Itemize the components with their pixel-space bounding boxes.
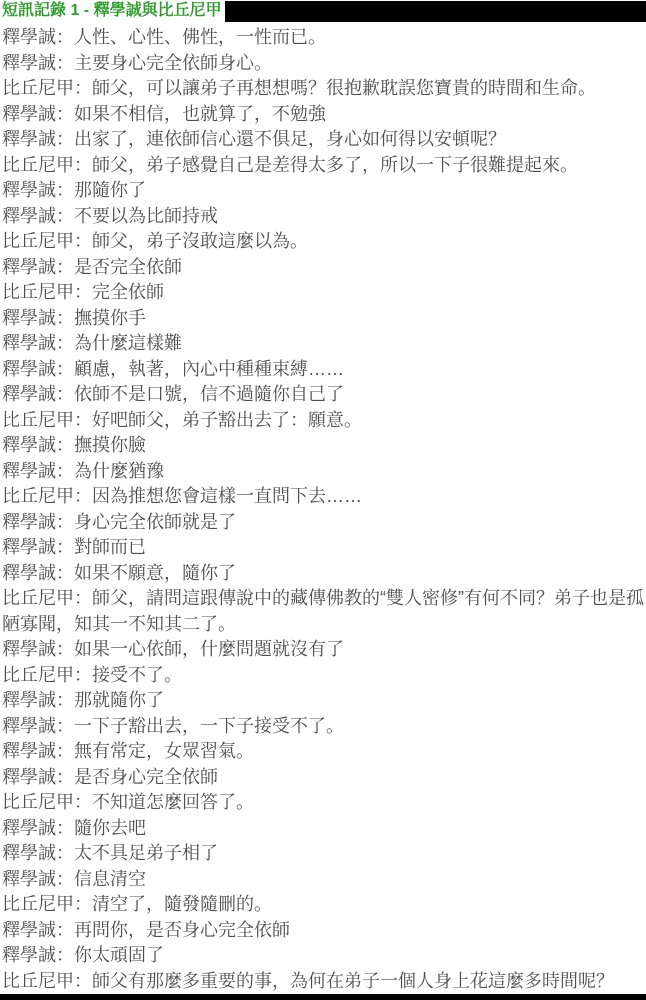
redaction-bar-bottom [0, 994, 646, 1000]
message-line: 比丘尼甲：師父，可以讓弟子再想想嗎？很抱歉耽誤您寶貴的時間和生命。 [2, 76, 646, 102]
speaker-name: 釋學誠： [2, 180, 74, 200]
speaker-name: 釋學誠： [2, 104, 74, 124]
message-text: 因為推想您會這樣一直問下去…… [92, 486, 362, 506]
message-line: 釋學誠：出家了，連依師信心還不俱足，身心如何得以安頓呢？ [2, 127, 646, 153]
message-line: 釋學誠：那隨你了 [2, 178, 646, 204]
message-text: 如果一心依師，什麼問題就沒有了 [74, 639, 344, 659]
message-text: 清空了，隨發隨刪的。 [92, 894, 272, 914]
speaker-name: 釋學誠： [2, 206, 74, 226]
message-line: 釋學誠：那就隨你了 [2, 688, 646, 714]
speaker-name: 釋學誠： [2, 129, 74, 149]
speaker-name: 釋學誠： [2, 27, 74, 47]
message-line: 比丘尼甲：師父，弟子沒敢這麼以為。 [2, 229, 646, 255]
message-line: 釋學誠：如果不相信，也就算了，不勉強 [2, 102, 646, 128]
message-line: 比丘尼甲：好吧師父，弟子豁出去了：願意。 [2, 408, 646, 434]
message-text: 接受不了。 [92, 665, 182, 685]
message-text: 為什麼猶豫 [74, 461, 164, 481]
message-text: 撫摸你手 [74, 308, 146, 328]
speaker-name: 比丘尼甲： [2, 78, 92, 98]
speaker-name: 釋學誠： [2, 512, 74, 532]
speaker-name: 釋學誠： [2, 384, 74, 404]
speaker-name: 比丘尼甲： [2, 971, 92, 991]
message-text: 好吧師父，弟子豁出去了：願意。 [92, 410, 362, 430]
speaker-name: 比丘尼甲： [2, 231, 92, 251]
message-text: 身心完全依師就是了 [74, 512, 236, 532]
speaker-name: 釋學誠： [2, 257, 74, 277]
header: 短訊記錄 1 - 釋學誠與比丘尼甲 [0, 0, 646, 23]
message-text: 信息清空 [74, 869, 146, 889]
speaker-name: 釋學誠： [2, 563, 74, 583]
speaker-name: 釋學誠： [2, 818, 74, 838]
message-line: 比丘尼甲：師父有那麼多重要的事，為何在弟子一個人身上花這麼多時間呢？ [2, 969, 646, 995]
message-text: 師父，弟子沒敢這麼以為。 [92, 231, 308, 251]
speaker-name: 釋學誠： [2, 537, 74, 557]
redaction-bar-top [225, 1, 646, 22]
message-line: 釋學誠：你太頑固了 [2, 943, 646, 969]
speaker-name: 釋學誠： [2, 690, 74, 710]
speaker-name: 比丘尼甲： [2, 410, 92, 430]
message-line: 釋學誠：為什麼猶豫 [2, 459, 646, 485]
message-line: 釋學誠：主要身心完全依師身心。 [2, 51, 646, 77]
message-text: 是否完全依師 [74, 257, 182, 277]
message-text: 出家了，連依師信心還不俱足，身心如何得以安頓呢？ [74, 129, 506, 149]
message-line: 釋學誠：不要以為比師持戒 [2, 204, 646, 230]
speaker-name: 釋學誠： [2, 716, 74, 736]
message-line: 釋學誠：人性、心性、佛性，一性而已。 [2, 25, 646, 51]
message-text: 不知道怎麼回答了。 [92, 792, 254, 812]
message-line: 釋學誠：為什麼這樣難 [2, 331, 646, 357]
message-line: 比丘尼甲：不知道怎麼回答了。 [2, 790, 646, 816]
speaker-name: 釋學誠： [2, 741, 74, 761]
message-line: 釋學誠：顧慮，執著，內心中種種束縛…… [2, 357, 646, 383]
speaker-name: 比丘尼甲： [2, 665, 92, 685]
speaker-name: 比丘尼甲： [2, 486, 92, 506]
speaker-name: 比丘尼甲： [2, 894, 92, 914]
message-line: 比丘尼甲：因為推想您會這樣一直問下去…… [2, 484, 646, 510]
message-line: 釋學誠：依師不是口號，信不過隨你自己了 [2, 382, 646, 408]
speaker-name: 釋學誠： [2, 359, 74, 379]
speaker-name: 釋學誠： [2, 869, 74, 889]
speaker-name: 釋學誠： [2, 461, 74, 481]
message-line: 釋學誠：隨你去吧 [2, 816, 646, 842]
speaker-name: 釋學誠： [2, 767, 74, 787]
speaker-name: 比丘尼甲： [2, 282, 92, 302]
message-line: 釋學誠：一下子豁出去，一下子接受不了。 [2, 714, 646, 740]
message-text: 完全依師 [92, 282, 164, 302]
message-line: 釋學誠：再問你，是否身心完全依師 [2, 918, 646, 944]
message-text: 那就隨你了 [74, 690, 164, 710]
speaker-name: 比丘尼甲： [2, 792, 92, 812]
message-text: 師父，請問這跟傳說中的藏傳佛教的“雙人密修”有何不同？弟子也是孤陋寡聞，知其一不… [2, 588, 644, 634]
speaker-name: 釋學誠： [2, 308, 74, 328]
message-line: 比丘尼甲：完全依師 [2, 280, 646, 306]
message-line: 釋學誠：身心完全依師就是了 [2, 510, 646, 536]
speaker-name: 釋學誠： [2, 945, 74, 965]
message-line: 釋學誠：對師而已 [2, 535, 646, 561]
speaker-name: 釋學誠： [2, 639, 74, 659]
message-line: 釋學誠：太不具足弟子相了 [2, 841, 646, 867]
message-text: 如果不願意，隨你了 [74, 563, 236, 583]
message-text: 師父，弟子感覺自己是差得太多了，所以一下子很難提起來。 [92, 155, 578, 175]
message-text: 對師而已 [74, 537, 146, 557]
speaker-name: 釋學誠： [2, 333, 74, 353]
message-list: 釋學誠：人性、心性、佛性，一性而已。 釋學誠：主要身心完全依師身心。 比丘尼甲：… [0, 23, 646, 994]
message-line: 釋學誠：無有常定，女眾習氣。 [2, 739, 646, 765]
message-text: 是否身心完全依師 [74, 767, 218, 787]
message-line: 釋學誠：是否完全依師 [2, 255, 646, 281]
message-text: 如果不相信，也就算了，不勉強 [74, 104, 326, 124]
message-text: 顧慮，執著，內心中種種束縛…… [74, 359, 344, 379]
message-text: 那隨你了 [74, 180, 146, 200]
message-line: 比丘尼甲：接受不了。 [2, 663, 646, 689]
message-text: 為什麼這樣難 [74, 333, 182, 353]
speaker-name: 釋學誠： [2, 53, 74, 73]
speaker-name: 比丘尼甲： [2, 155, 92, 175]
message-text: 主要身心完全依師身心。 [74, 53, 272, 73]
message-line: 比丘尼甲：師父，請問這跟傳說中的藏傳佛教的“雙人密修”有何不同？弟子也是孤陋寡聞… [2, 586, 646, 637]
message-line: 釋學誠：如果一心依師，什麼問題就沒有了 [2, 637, 646, 663]
message-line: 比丘尼甲：師父，弟子感覺自己是差得太多了，所以一下子很難提起來。 [2, 153, 646, 179]
speaker-name: 釋學誠： [2, 435, 74, 455]
message-text: 無有常定，女眾習氣。 [74, 741, 254, 761]
message-text: 不要以為比師持戒 [74, 206, 218, 226]
message-text: 撫摸你臉 [74, 435, 146, 455]
message-text: 隨你去吧 [74, 818, 146, 838]
speaker-name: 釋學誠： [2, 843, 74, 863]
transcript-page: 短訊記錄 1 - 釋學誠與比丘尼甲 釋學誠：人性、心性、佛性，一性而已。 釋學誠… [0, 0, 646, 1000]
message-text: 人性、心性、佛性，一性而已。 [74, 27, 326, 47]
message-text: 師父，可以讓弟子再想想嗎？很抱歉耽誤您寶貴的時間和生命。 [92, 78, 596, 98]
message-text: 一下子豁出去，一下子接受不了。 [74, 716, 344, 736]
message-text: 再問你，是否身心完全依師 [74, 920, 290, 940]
message-line: 釋學誠：撫摸你手 [2, 306, 646, 332]
message-line: 釋學誠：撫摸你臉 [2, 433, 646, 459]
message-line: 釋學誠：信息清空 [2, 867, 646, 893]
speaker-name: 比丘尼甲： [2, 588, 92, 608]
page-title: 短訊記錄 1 - 釋學誠與比丘尼甲 [2, 0, 222, 23]
message-text: 太不具足弟子相了 [74, 843, 218, 863]
message-line: 釋學誠：是否身心完全依師 [2, 765, 646, 791]
message-text: 師父有那麼多重要的事，為何在弟子一個人身上花這麼多時間呢？ [92, 971, 614, 991]
message-text: 你太頑固了 [74, 945, 164, 965]
message-text: 依師不是口號，信不過隨你自己了 [74, 384, 344, 404]
message-line: 釋學誠：如果不願意，隨你了 [2, 561, 646, 587]
message-line: 比丘尼甲：清空了，隨發隨刪的。 [2, 892, 646, 918]
speaker-name: 釋學誠： [2, 920, 74, 940]
